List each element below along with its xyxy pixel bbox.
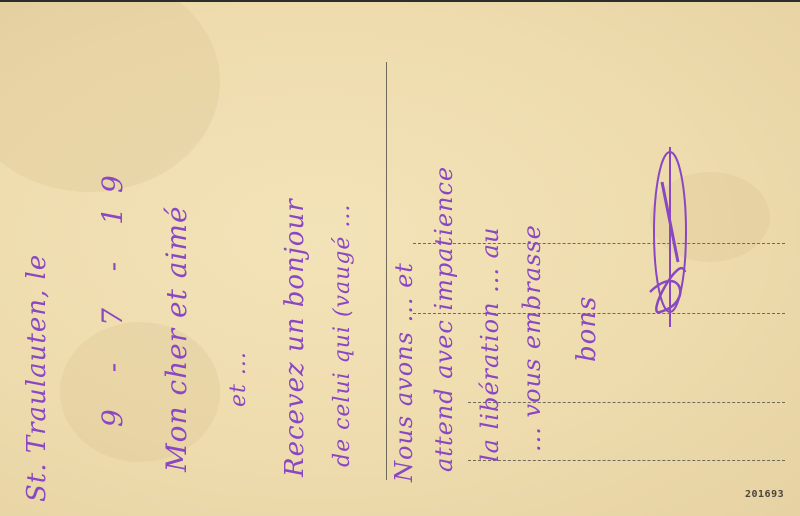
handwriting-line: bons — [572, 296, 602, 362]
handwriting-line: Recevez un bonjour — [280, 198, 310, 477]
center-divider-line — [386, 62, 387, 480]
postcard-back: St. Traulauten, le 9 - 7 - 19 Mon cher e… — [0, 2, 800, 516]
paper-stain — [60, 322, 220, 462]
handwriting-date: 9 - 7 - 19 — [96, 161, 129, 427]
address-line-3 — [468, 402, 785, 403]
handwriting-line: Mon cher et aimé — [160, 205, 193, 472]
handwriting-line: de celui qui (vaugé ... — [330, 204, 355, 467]
handwriting-line: la libération ... au — [476, 227, 504, 462]
handwriting-line: et ... — [226, 351, 251, 407]
handwriting-line: Nous avons ... et — [390, 262, 418, 482]
address-line-4 — [468, 460, 785, 461]
signature-scrawl — [640, 142, 700, 332]
handwriting-line: attend avec impatience — [430, 166, 458, 472]
address-line-1 — [413, 243, 785, 244]
handwriting-line: ... vous embrasse — [518, 224, 546, 452]
serial-number: 201693 — [745, 489, 784, 500]
handwriting-place-line: St. Traulauten, le — [22, 254, 52, 502]
